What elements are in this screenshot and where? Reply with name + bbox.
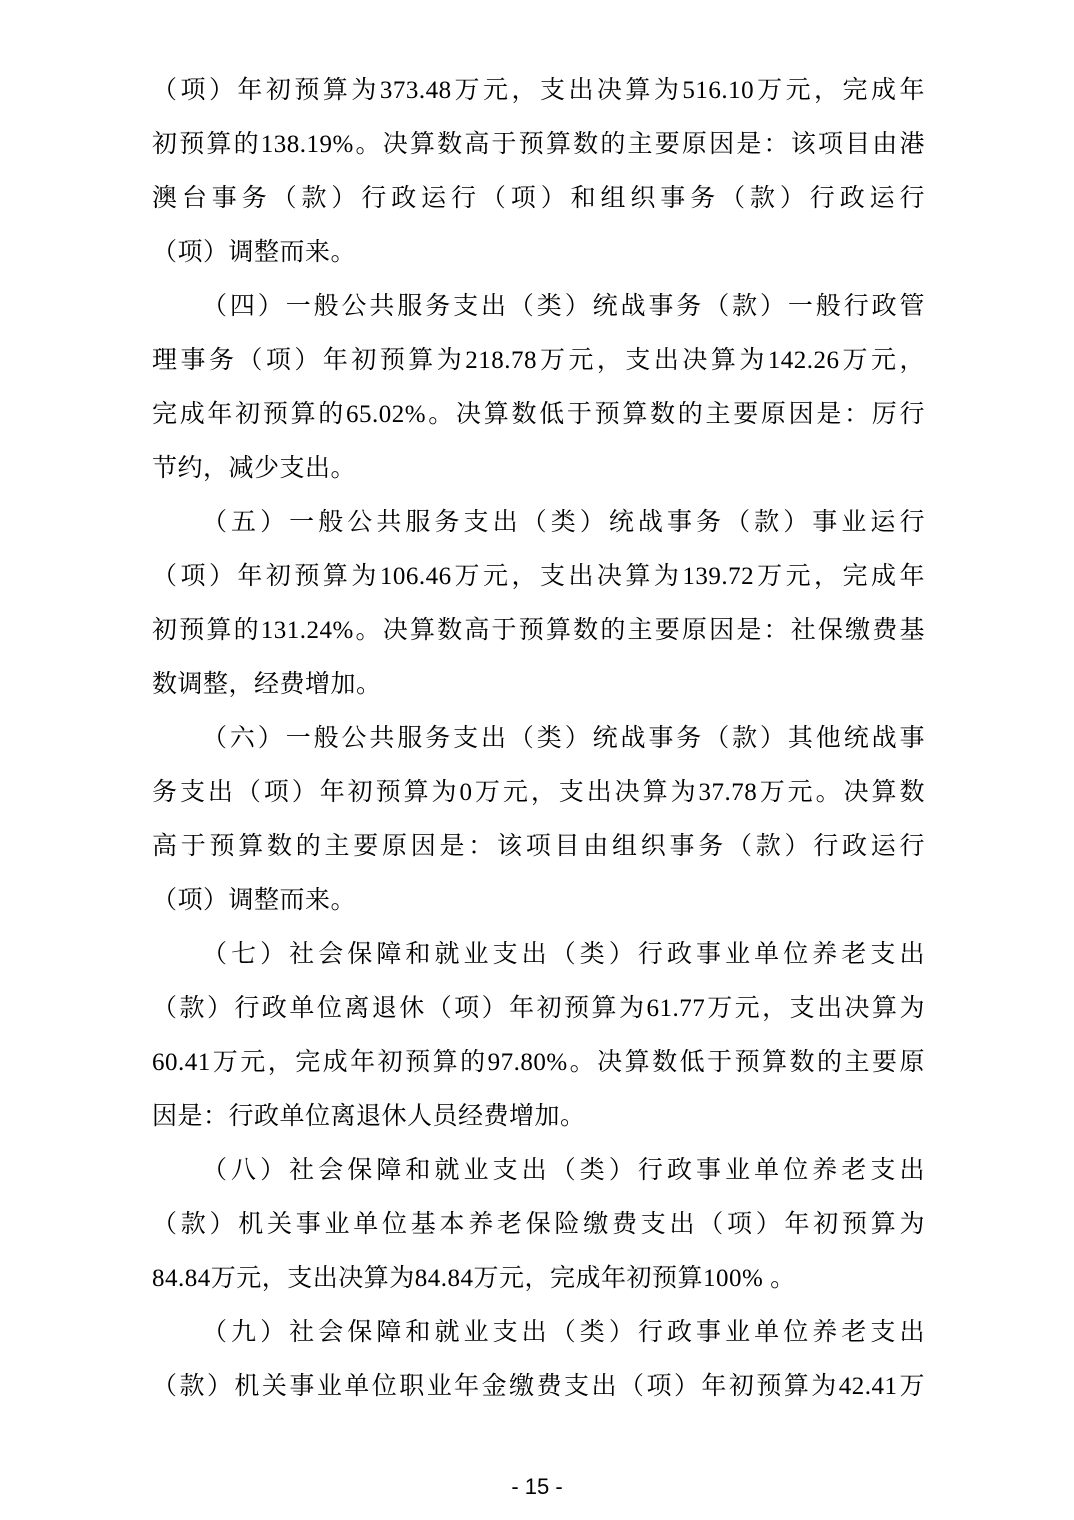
paragraph: （五）一般公共服务支出（类）统战事务（款）事业运行（项）年初预算为106.46万… bbox=[152, 496, 925, 712]
text-line: 因是：行政单位离退休人员经费增加。 bbox=[152, 1090, 925, 1144]
text-line: 数调整，经费增加。 bbox=[152, 658, 925, 712]
paragraph: （九）社会保障和就业支出（类）行政事业单位养老支出（款）机关事业单位职业年金缴费… bbox=[152, 1306, 925, 1414]
text-line: （八）社会保障和就业支出（类）行政事业单位养老支出 bbox=[152, 1144, 925, 1198]
text-line: 84.84万元，支出决算为84.84万元，完成年初预算100% 。 bbox=[152, 1252, 925, 1306]
text-line: （项）调整而来。 bbox=[152, 874, 925, 928]
text-line: （款）机关事业单位基本养老保险缴费支出（项）年初预算为 bbox=[152, 1198, 925, 1252]
text-line: （五）一般公共服务支出（类）统战事务（款）事业运行 bbox=[152, 496, 925, 550]
paragraph: （七）社会保障和就业支出（类）行政事业单位养老支出（款）行政单位离退休（项）年初… bbox=[152, 928, 925, 1144]
text-line: 澳台事务（款）行政运行（项）和组织事务（款）行政运行 bbox=[152, 172, 925, 226]
text-line: （六）一般公共服务支出（类）统战事务（款）其他统战事 bbox=[152, 712, 925, 766]
text-line: （项）年初预算为106.46万元，支出决算为139.72万元，完成年 bbox=[152, 550, 925, 604]
text-line: 理事务（项）年初预算为218.78万元，支出决算为142.26万元， bbox=[152, 334, 925, 388]
text-line: 60.41万元，完成年初预算的97.80%。决算数低于预算数的主要原 bbox=[152, 1036, 925, 1090]
text-line: （款）机关事业单位职业年金缴费支出（项）年初预算为42.41万 bbox=[152, 1360, 925, 1414]
text-line: 高于预算数的主要原因是：该项目由组织事务（款）行政运行 bbox=[152, 820, 925, 874]
document-page: （项）年初预算为373.48万元，支出决算为516.10万元，完成年初预算的13… bbox=[0, 0, 1074, 1520]
text-line: （四）一般公共服务支出（类）统战事务（款）一般行政管 bbox=[152, 280, 925, 334]
page-number: - 15 - bbox=[0, 1474, 1074, 1500]
text-line: （项）年初预算为373.48万元，支出决算为516.10万元，完成年 bbox=[152, 64, 925, 118]
paragraph: （四）一般公共服务支出（类）统战事务（款）一般行政管理事务（项）年初预算为218… bbox=[152, 280, 925, 496]
text-line: （项）调整而来。 bbox=[152, 226, 925, 280]
text-line: 初预算的138.19%。决算数高于预算数的主要原因是：该项目由港 bbox=[152, 118, 925, 172]
text-line: 完成年初预算的65.02%。决算数低于预算数的主要原因是：厉行 bbox=[152, 388, 925, 442]
text-line: （九）社会保障和就业支出（类）行政事业单位养老支出 bbox=[152, 1306, 925, 1360]
paragraph: （八）社会保障和就业支出（类）行政事业单位养老支出（款）机关事业单位基本养老保险… bbox=[152, 1144, 925, 1306]
text-line: 节约，减少支出。 bbox=[152, 442, 925, 496]
paragraph: （项）年初预算为373.48万元，支出决算为516.10万元，完成年初预算的13… bbox=[152, 64, 925, 280]
text-line: （款）行政单位离退休（项）年初预算为61.77万元，支出决算为 bbox=[152, 982, 925, 1036]
text-line: （七）社会保障和就业支出（类）行政事业单位养老支出 bbox=[152, 928, 925, 982]
document-body: （项）年初预算为373.48万元，支出决算为516.10万元，完成年初预算的13… bbox=[152, 64, 925, 1414]
text-line: 初预算的131.24%。决算数高于预算数的主要原因是：社保缴费基 bbox=[152, 604, 925, 658]
text-line: 务支出（项）年初预算为0万元，支出决算为37.78万元。决算数 bbox=[152, 766, 925, 820]
paragraph: （六）一般公共服务支出（类）统战事务（款）其他统战事务支出（项）年初预算为0万元… bbox=[152, 712, 925, 928]
